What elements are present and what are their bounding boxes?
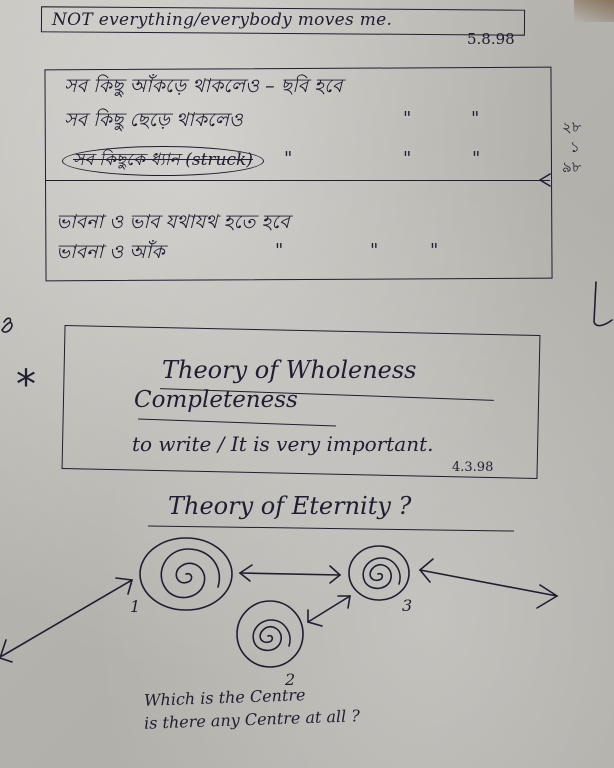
spiral-2-label: 3 xyxy=(402,596,412,615)
double-arrow-icon-2-right xyxy=(420,559,557,608)
double-arrow-icon-3-2 xyxy=(308,596,350,626)
double-arrow-icon-1-left xyxy=(0,578,132,662)
spiral-icon-3 xyxy=(237,601,303,667)
spiral-icon-2 xyxy=(349,546,409,600)
handwritten-page: NOT everything/everybody moves me. 5.8.9… xyxy=(0,0,614,768)
spiral-1-label: 1 xyxy=(130,597,140,616)
margin-doodle-right xyxy=(594,282,612,326)
double-arrow-icon-1-2 xyxy=(240,565,340,583)
margin-doodle-left xyxy=(2,318,12,332)
spiral-icon-1 xyxy=(140,538,232,610)
eternity-diagram: 1 3 xyxy=(0,0,614,768)
bracket-mark-right xyxy=(540,174,550,186)
